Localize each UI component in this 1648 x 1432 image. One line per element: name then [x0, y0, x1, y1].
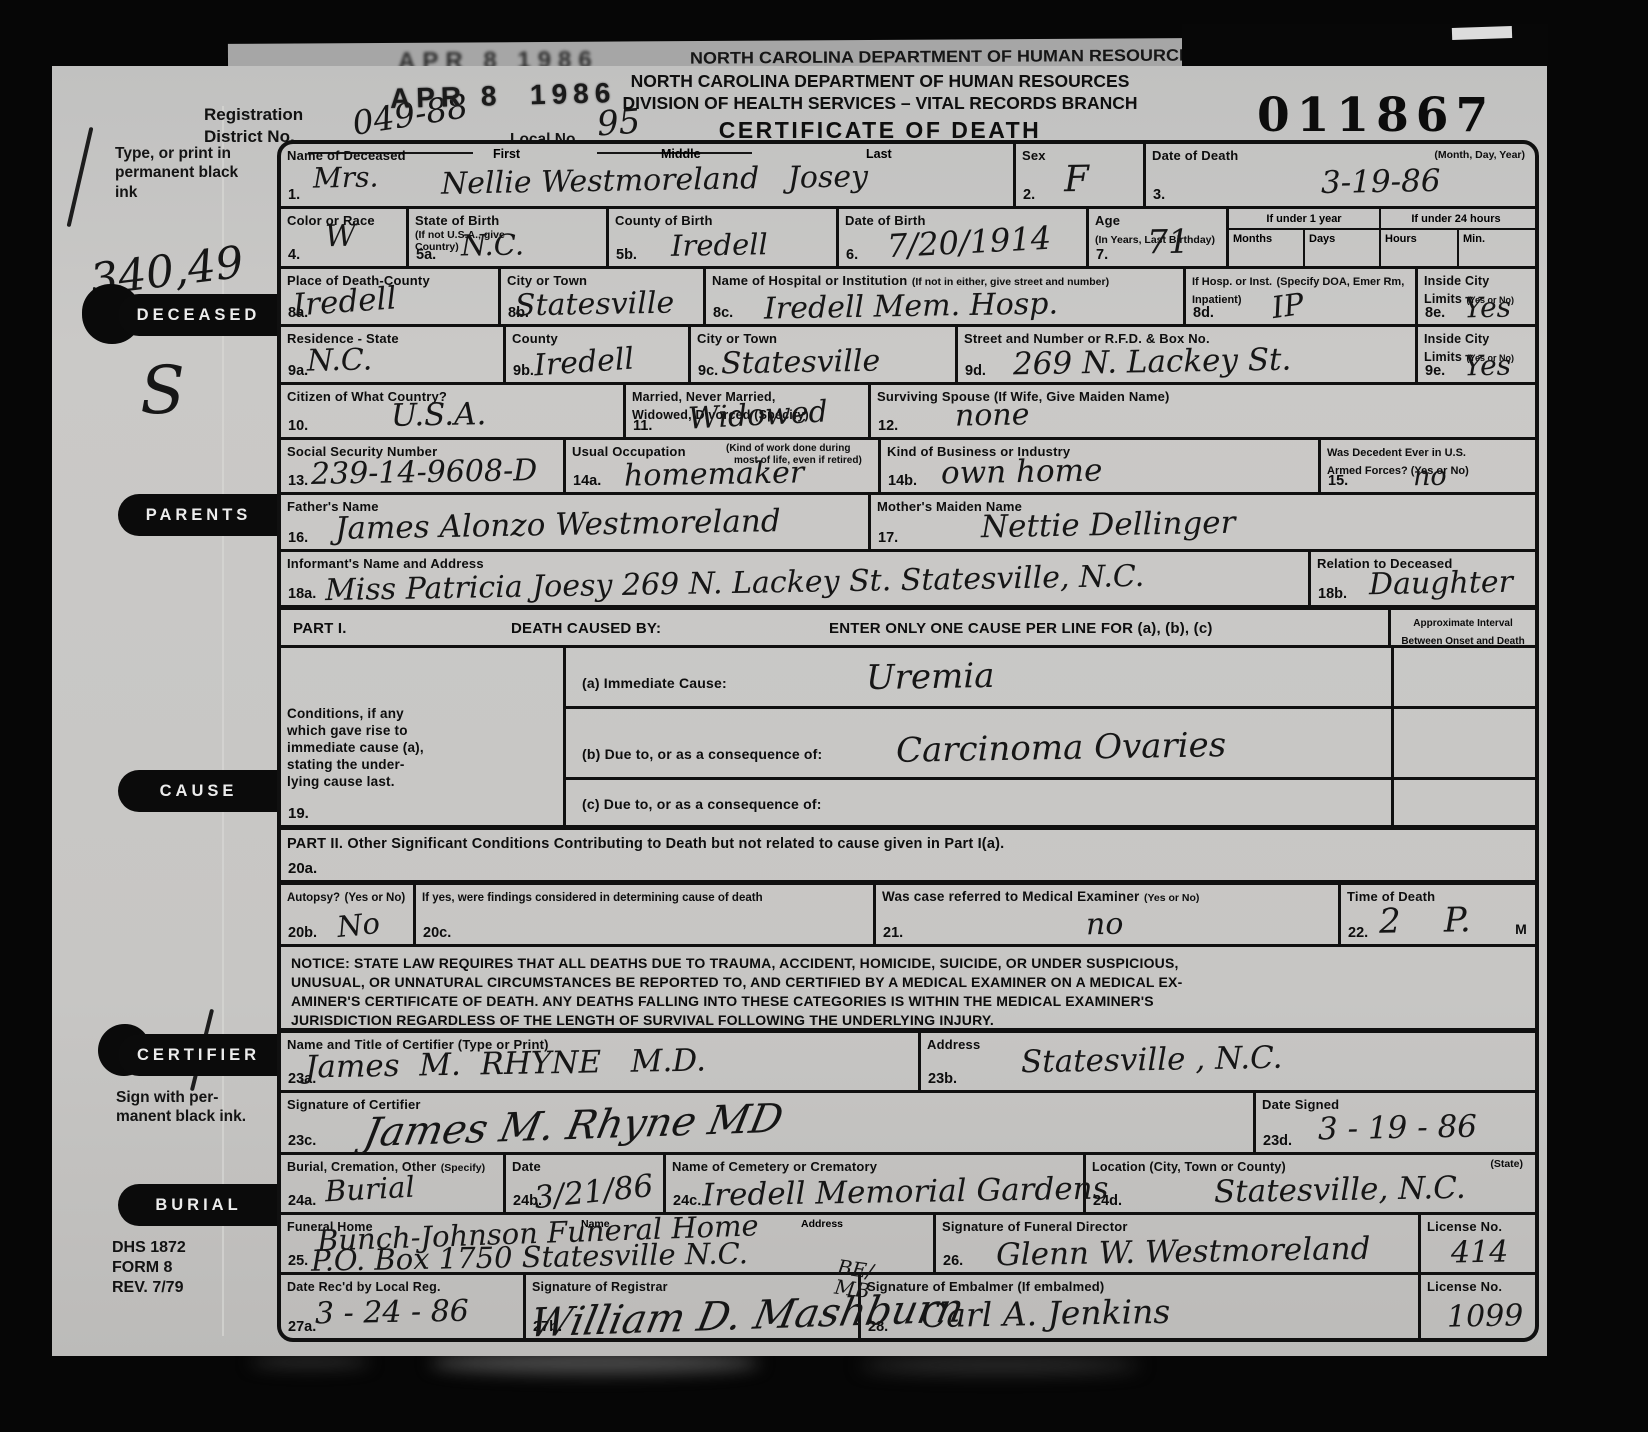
- torn-paper-highlight: [1452, 26, 1512, 40]
- certifier-address-value: Statesville , N.C.: [1021, 1043, 1283, 1079]
- marital-value: Widowed: [687, 397, 828, 434]
- residence-state-value: N.C.: [307, 345, 373, 376]
- citizen-value: U.S.A.: [391, 399, 487, 432]
- cause-line-b: (b) Due to, or as a consequence of: Carc…: [566, 709, 1535, 780]
- field-autopsy: Autopsy? (Yes or No) 20b. No: [281, 885, 416, 944]
- certifier-name-value: James M. RHYNE M.D.: [305, 1046, 706, 1084]
- name-middle-label: Middle: [661, 147, 701, 161]
- me-referred-value: no: [1086, 910, 1124, 941]
- field-marital-status: Married, Never Married, Widowed, Divorce…: [626, 385, 871, 437]
- tab-deceased: DECEASED: [118, 294, 279, 336]
- part2-conditions: PART II. Other Significant Conditions Co…: [281, 830, 1535, 880]
- underlying-page-title: NORTH CAROLINA DEPARTMENT OF HUMAN RESOU…: [690, 46, 1203, 68]
- part1-header: PART I. DEATH CAUSED BY: ENTER ONLY ONE …: [281, 610, 1391, 645]
- field-director-license: License No. 414: [1421, 1215, 1535, 1272]
- funeral-home-address-value: P.O. Box 1750 Statesville N.C.: [311, 1239, 748, 1276]
- field-certifier-name: Name and Title of Certifier (Type or Pri…: [281, 1033, 921, 1090]
- field-certifier-address: Address 23b. Statesville , N.C.: [921, 1033, 1535, 1090]
- handwritten-tick-mark: [67, 127, 94, 227]
- scan-smudge: [860, 1358, 1140, 1372]
- received-date-stamp: APR 8 1986: [390, 77, 617, 115]
- immediate-cause-value: Uremia: [866, 659, 995, 695]
- armed-forces-value: no: [1413, 463, 1447, 491]
- tab-certifier: CERTIFIER: [118, 1034, 279, 1076]
- sign-note: Sign with per- manent black ink.: [116, 1088, 286, 1127]
- city-limits-death-value: Yes: [1464, 294, 1511, 323]
- occupation-value: homemaker: [624, 458, 805, 491]
- field-burial-type: Burial, Cremation, Other (Specify) 24a. …: [281, 1155, 506, 1212]
- field-burial-location: Location (City, Town or County) (State) …: [1086, 1155, 1535, 1212]
- date-of-birth-value: 7/20/1914: [886, 222, 1052, 263]
- field-hospital: Name of Hospital or Institution (If not …: [706, 269, 1186, 324]
- city-limits-residence-value: Yes: [1464, 352, 1511, 381]
- interval-c-cell: [1391, 780, 1535, 825]
- field-burial-date: Date 24b. 3/21/86: [506, 1155, 666, 1212]
- interval-column-header: Approximate Interval Between Onset and D…: [1391, 610, 1535, 645]
- ssn-value: 239-14-9608-D: [311, 456, 538, 490]
- pod-county-value: Iredell: [292, 283, 397, 321]
- division-title: DIVISION OF HEALTH SERVICES – VITAL RECO…: [600, 93, 1160, 114]
- embalmer-license-value: 1099: [1447, 1301, 1524, 1332]
- field-date-of-birth: Date of Birth 6. 7/20/1914: [839, 209, 1089, 266]
- date-signed-value: 3 - 19 - 86: [1318, 1112, 1478, 1146]
- field-funeral-director-signature: Signature of Funeral Director 26. Glenn …: [936, 1215, 1421, 1272]
- field-sex: Sex 2. F: [1016, 144, 1146, 206]
- min-label: Min.: [1459, 230, 1531, 267]
- days-label: Days: [1305, 230, 1381, 267]
- interval-b-cell: [1391, 709, 1535, 777]
- certificate-paper: Registration District No. Local No. 049-…: [52, 66, 1547, 1356]
- father-name-value: James Alonzo Westmoreland: [335, 506, 781, 545]
- field-inside-city-limits-death: Inside City Limits (Yes or No) 8e. Yes: [1418, 269, 1535, 324]
- paper-fold-line: [222, 106, 224, 1336]
- form-id-block: DHS 1872 FORM 8 REV. 7/79: [112, 1238, 186, 1298]
- field-father-name: Father's Name 16. James Alonzo Westmorel…: [281, 495, 871, 549]
- tab-parents: PARENTS: [118, 494, 279, 536]
- interval-a-cell: [1391, 648, 1535, 706]
- field-registrar-signature: Signature of Registrar 27b. William D. M…: [526, 1275, 861, 1338]
- autopsy-value: No: [336, 909, 382, 942]
- field-ssn: Social Security Number 13. 239-14-9608-D: [281, 440, 566, 492]
- burial-location-value: Statesville, N.C.: [1214, 1173, 1466, 1208]
- funeral-director-value: Glenn W. Westmoreland: [996, 1234, 1371, 1272]
- field-cemetery-name: Name of Cemetery or Crematory 24c. Irede…: [666, 1155, 1086, 1212]
- field-date-of-death: Date of Death (Month, Day, Year) 3. 3-19…: [1146, 144, 1535, 206]
- registrar-note: BE/ MB: [833, 1257, 874, 1302]
- field-findings-considered: If yes, were findings considered in dete…: [416, 885, 876, 944]
- field-hospital-status: PART I. If Hosp. or Inst. (Specify DOA, …: [1186, 269, 1418, 324]
- name-value: Nellie Westmoreland Josey: [441, 162, 869, 199]
- date-received-value: 3 - 24 - 86: [315, 1297, 469, 1330]
- field-occupation: Usual Occupation (Kind of work done duri…: [566, 440, 881, 492]
- tab-burial: BURIAL: [118, 1184, 279, 1226]
- field-place-of-death-city: City or Town 8b. Statesville: [501, 269, 706, 324]
- certificate-serial-number: 011867: [1257, 88, 1495, 143]
- cause-line-a: (a) Immediate Cause: Uremia: [566, 648, 1535, 709]
- cause-lines: (a) Immediate Cause: Uremia (b) Due to, …: [566, 648, 1535, 825]
- medical-examiner-notice: NOTICE: STATE LAW REQUIRES THAT ALL DEAT…: [281, 947, 1535, 1028]
- field-state-of-birth: State of Birth (If not U.S.A., give Coun…: [409, 209, 609, 266]
- field-residence-county: County 9b. Iredell: [506, 327, 691, 382]
- field-time-of-death: Time of Death 22. 2 P. M: [1341, 885, 1535, 944]
- race-value: W: [325, 222, 356, 253]
- handwritten-letter-s: S: [139, 358, 185, 425]
- age-value: 71: [1147, 225, 1190, 259]
- pod-city-value: Statesville: [515, 289, 675, 322]
- registration-label: Registration: [204, 104, 303, 126]
- field-date-signed: Date Signed 23d. 3 - 19 - 86: [1256, 1093, 1535, 1152]
- name-first-label: First: [493, 147, 520, 161]
- hours-label: Hours: [1381, 230, 1459, 267]
- field-place-of-death-county: Place of Death-County 8a. Iredell: [281, 269, 501, 324]
- mother-name-value: Nettie Dellinger: [981, 508, 1236, 543]
- cemetery-value: Iredell Memorial Gardens: [702, 1173, 1109, 1211]
- field-date-received: Date Rec'd by Local Reg. 27a. 3 - 24 - 8…: [281, 1275, 526, 1338]
- field-inside-city-limits-residence: Inside City Limits (Yes or No) 9e. Yes: [1418, 327, 1535, 382]
- type-print-note: Type, or print in permanent black ink: [115, 144, 250, 202]
- field-name-of-deceased: Name of Deceased First Middle Last 1. Mr…: [281, 144, 1016, 206]
- field-surviving-spouse: Surviving Spouse (If Wife, Give Maiden N…: [871, 385, 1535, 437]
- sex-value: F: [1064, 162, 1090, 198]
- meridiem-m-label: M: [1515, 922, 1527, 938]
- under-24-hours-label: If under 24 hours: [1381, 209, 1531, 228]
- field-mother-maiden-name: Mother's Maiden Name 17. Nettie Dellinge…: [871, 495, 1535, 549]
- birth-state-value: N.C.: [461, 230, 525, 260]
- field-citizen-country: Citizen of What Country? 10. U.S.A.: [281, 385, 626, 437]
- date-of-death-value: 3-19-86: [1321, 166, 1441, 199]
- field-embalmer-license: License No. 1099: [1421, 1275, 1535, 1338]
- field-street-number: Street and Number or R.F.D. & Box No. 9d…: [958, 327, 1418, 382]
- department-title: NORTH CAROLINA DEPARTMENT OF HUMAN RESOU…: [600, 71, 1160, 92]
- field-residence-state: Residence - State 9a. N.C.: [281, 327, 506, 382]
- residence-city-value: Statesville: [721, 347, 881, 380]
- birth-county-value: Iredell: [671, 230, 768, 261]
- field-informant: Informant's Name and Address 18a. Miss P…: [281, 552, 1311, 605]
- field-business-industry: Kind of Business or Industry 14b. own ho…: [881, 440, 1321, 492]
- under-1-year-label: If under 1 year: [1229, 209, 1381, 228]
- months-label: Months: [1229, 230, 1305, 267]
- hospital-value: Iredell Mem. Hosp.: [764, 289, 1058, 324]
- tab-cause: CAUSE: [118, 770, 279, 812]
- field-relation-to-deceased: Relation to Deceased 18b. Daughter: [1311, 552, 1535, 605]
- name-last-label: Last: [866, 147, 892, 161]
- business-value: own home: [941, 456, 1103, 490]
- name-title-value: Mrs.: [313, 163, 379, 192]
- certifier-signature-value: James M. Rhyne MD: [361, 1099, 787, 1153]
- field-age-subdivisions: If under 1 year If under 24 hours Months…: [1229, 209, 1535, 266]
- certificate-form: Name of Deceased First Middle Last 1. Mr…: [277, 140, 1539, 1342]
- due-to-b-value: Carcinoma Ovaries: [896, 728, 1227, 768]
- field-residence-city: City or Town 9c. Statesville: [691, 327, 958, 382]
- relation-value: Daughter: [1369, 568, 1513, 601]
- field-county-of-birth: County of Birth 5b. Iredell: [609, 209, 839, 266]
- field-color-or-race: Color or Race 4. W: [281, 209, 409, 266]
- field-armed-forces: Was Decedent Ever in U.S. Armed Forces? …: [1321, 440, 1535, 492]
- field-age: Age (In Years, Last Birthday) 7. 71: [1089, 209, 1229, 266]
- cause-conditions-note: Conditions, if any which gave rise to im…: [281, 648, 566, 825]
- spouse-value: none: [955, 400, 1030, 431]
- cause-line-c: (c) Due to, or as a consequence of:: [566, 780, 1535, 825]
- residence-county-value: Iredell: [533, 345, 635, 382]
- director-license-value: 414: [1451, 1238, 1509, 1269]
- scan-smudge: [250, 1356, 370, 1368]
- field-certifier-signature: Signature of Certifier 23c. James M. Rhy…: [281, 1093, 1256, 1152]
- street-value: 269 N. Lackey St.: [1013, 345, 1292, 381]
- burial-type-value: Burial: [324, 1173, 415, 1207]
- field-medical-examiner-referred: Was case referred to Medical Examiner (Y…: [876, 885, 1341, 944]
- hospital-status-value: IP: [1270, 290, 1306, 324]
- time-of-death-value: 2 P.: [1379, 903, 1471, 939]
- burial-date-value: 3/21/86: [533, 1171, 655, 1214]
